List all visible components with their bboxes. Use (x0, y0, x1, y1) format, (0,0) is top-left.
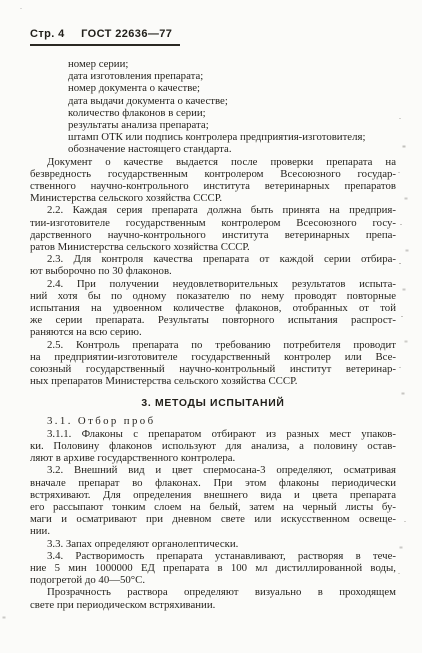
text-line: раняются на всю серию. (30, 326, 396, 338)
clause-2-3: 2.3. Для контроля качества препарата от … (30, 253, 396, 277)
text-line: Министерства сельского хозяйства СССР. (30, 192, 396, 204)
clause-3-4: 3.4. Растворимость препарата устанавлива… (30, 550, 396, 587)
clause-2-4: 2.4. При получении неудовлетворительных … (30, 278, 396, 339)
text-line: 3.2. Внешний вид и цвет спермосана-3 опр… (30, 464, 396, 476)
text-line: количество флаконов в серии; (68, 107, 396, 119)
text-line: испытания на удвоенном количестве флакон… (30, 302, 396, 314)
text-line: 2.4. При получении неудовлетворительных … (30, 278, 396, 290)
standard-number: ГОСТ 22636—77 (81, 28, 172, 40)
text-line: подогретой до 40—50°С. (30, 574, 396, 586)
text-line: ки. Половину флаконов используют для ана… (30, 440, 396, 452)
text-line: ние 5 мин 1000000 ЕД препарата в 100 мл … (30, 562, 396, 574)
text-line: ратов Министерства сельского хозяйства С… (30, 241, 396, 253)
page-number: Стр. 4 (30, 28, 65, 40)
text-line: дата выдачи документа о качестве; (68, 95, 396, 107)
document-page: Стр. 4 ГОСТ 22636—77 номер серии;дата из… (30, 24, 396, 611)
text-line: союзный государственный научно-контрольн… (30, 363, 396, 375)
text-line: тии-изготовителе государственным контрол… (30, 217, 396, 229)
text-line: 3.1. Отбор проб (30, 415, 396, 427)
text-line: на предприятии-изготовителе государствен… (30, 351, 396, 363)
page-header: Стр. 4 ГОСТ 22636—77 (30, 28, 180, 46)
section-3-heading: 3. МЕТОДЫ ИСПЫТАНИЙ (30, 398, 396, 409)
text-line: 2.5. Контроль препарата по требованию по… (30, 339, 396, 351)
text-line: 2.2. Каждая серия препарата должна быть … (30, 204, 396, 216)
text-line: нии. (30, 525, 396, 537)
text-line: дарственного научно-контрольного институ… (30, 229, 396, 241)
text-line: ных препаратов Министерства сельского хо… (30, 375, 396, 387)
paragraph-transparency: Прозрачность раствора определяют визуаль… (30, 586, 396, 610)
clause-2-2: 2.2. Каждая серия препарата должна быть … (30, 204, 396, 253)
text-line: штамп ОТК или подпись контролера предпри… (68, 131, 396, 143)
text-line: Прозрачность раствора определяют визуаль… (30, 586, 396, 598)
text-line: ляют в архиве государственного контролер… (30, 452, 396, 464)
text-line: маги и осматривают при дневном свете или… (30, 513, 396, 525)
clause-3-3: 3.3. Запах определяют органолептически. (30, 538, 396, 550)
text-line: свете при периодическом встряхивании. (30, 599, 396, 611)
scan-noise (0, 0, 2, 1)
text-line: 3.1.1. Флаконы с препаратом отбирают из … (30, 428, 396, 440)
clause-3-1-1: 3.1.1. Флаконы с препаратом отбирают из … (30, 428, 396, 465)
text-line: ний хотя бы по одному показателю по нему… (30, 290, 396, 302)
clause-3-1-heading: 3.1. Отбор проб (30, 415, 396, 427)
text-line: ют выборочно по 30 флаконов. (30, 265, 396, 277)
text-line: Документ о качестве выдается после прове… (30, 156, 396, 168)
text-line: 3.3. Запах определяют органолептически. (30, 538, 396, 550)
text-line: 2.3. Для контроля качества препарата от … (30, 253, 396, 265)
text-line: номер документа о качестве; (68, 82, 396, 94)
clause-2-5: 2.5. Контроль препарата по требованию по… (30, 339, 396, 388)
text-line: 3.4. Растворимость препарата устанавлива… (30, 550, 396, 562)
text-line: его рассыпают тонким слоем на белый, зат… (30, 501, 396, 513)
text-line: безвредность государственным контролером… (30, 168, 396, 180)
text-line: обозначение настоящего стандарта. (68, 143, 396, 155)
text-line: номер серии; (68, 58, 396, 70)
text-line: же серии препарата. Результаты повторног… (30, 314, 396, 326)
text-line: дата изготовления препарата; (68, 70, 396, 82)
text-line: ственного научно-контрольного института … (30, 180, 396, 192)
text-line: встряхивают. Для определения внешнего ви… (30, 489, 396, 501)
certificate-details-list: номер серии;дата изготовления препарата;… (30, 58, 396, 156)
clause-3-2: 3.2. Внешний вид и цвет спермосана-3 опр… (30, 464, 396, 537)
text-line: результаты анализа препарата; (68, 119, 396, 131)
paragraph-quality-document: Документ о качестве выдается после прове… (30, 156, 396, 205)
text-line: вначале препарат во флаконах. При этом ф… (30, 477, 396, 489)
